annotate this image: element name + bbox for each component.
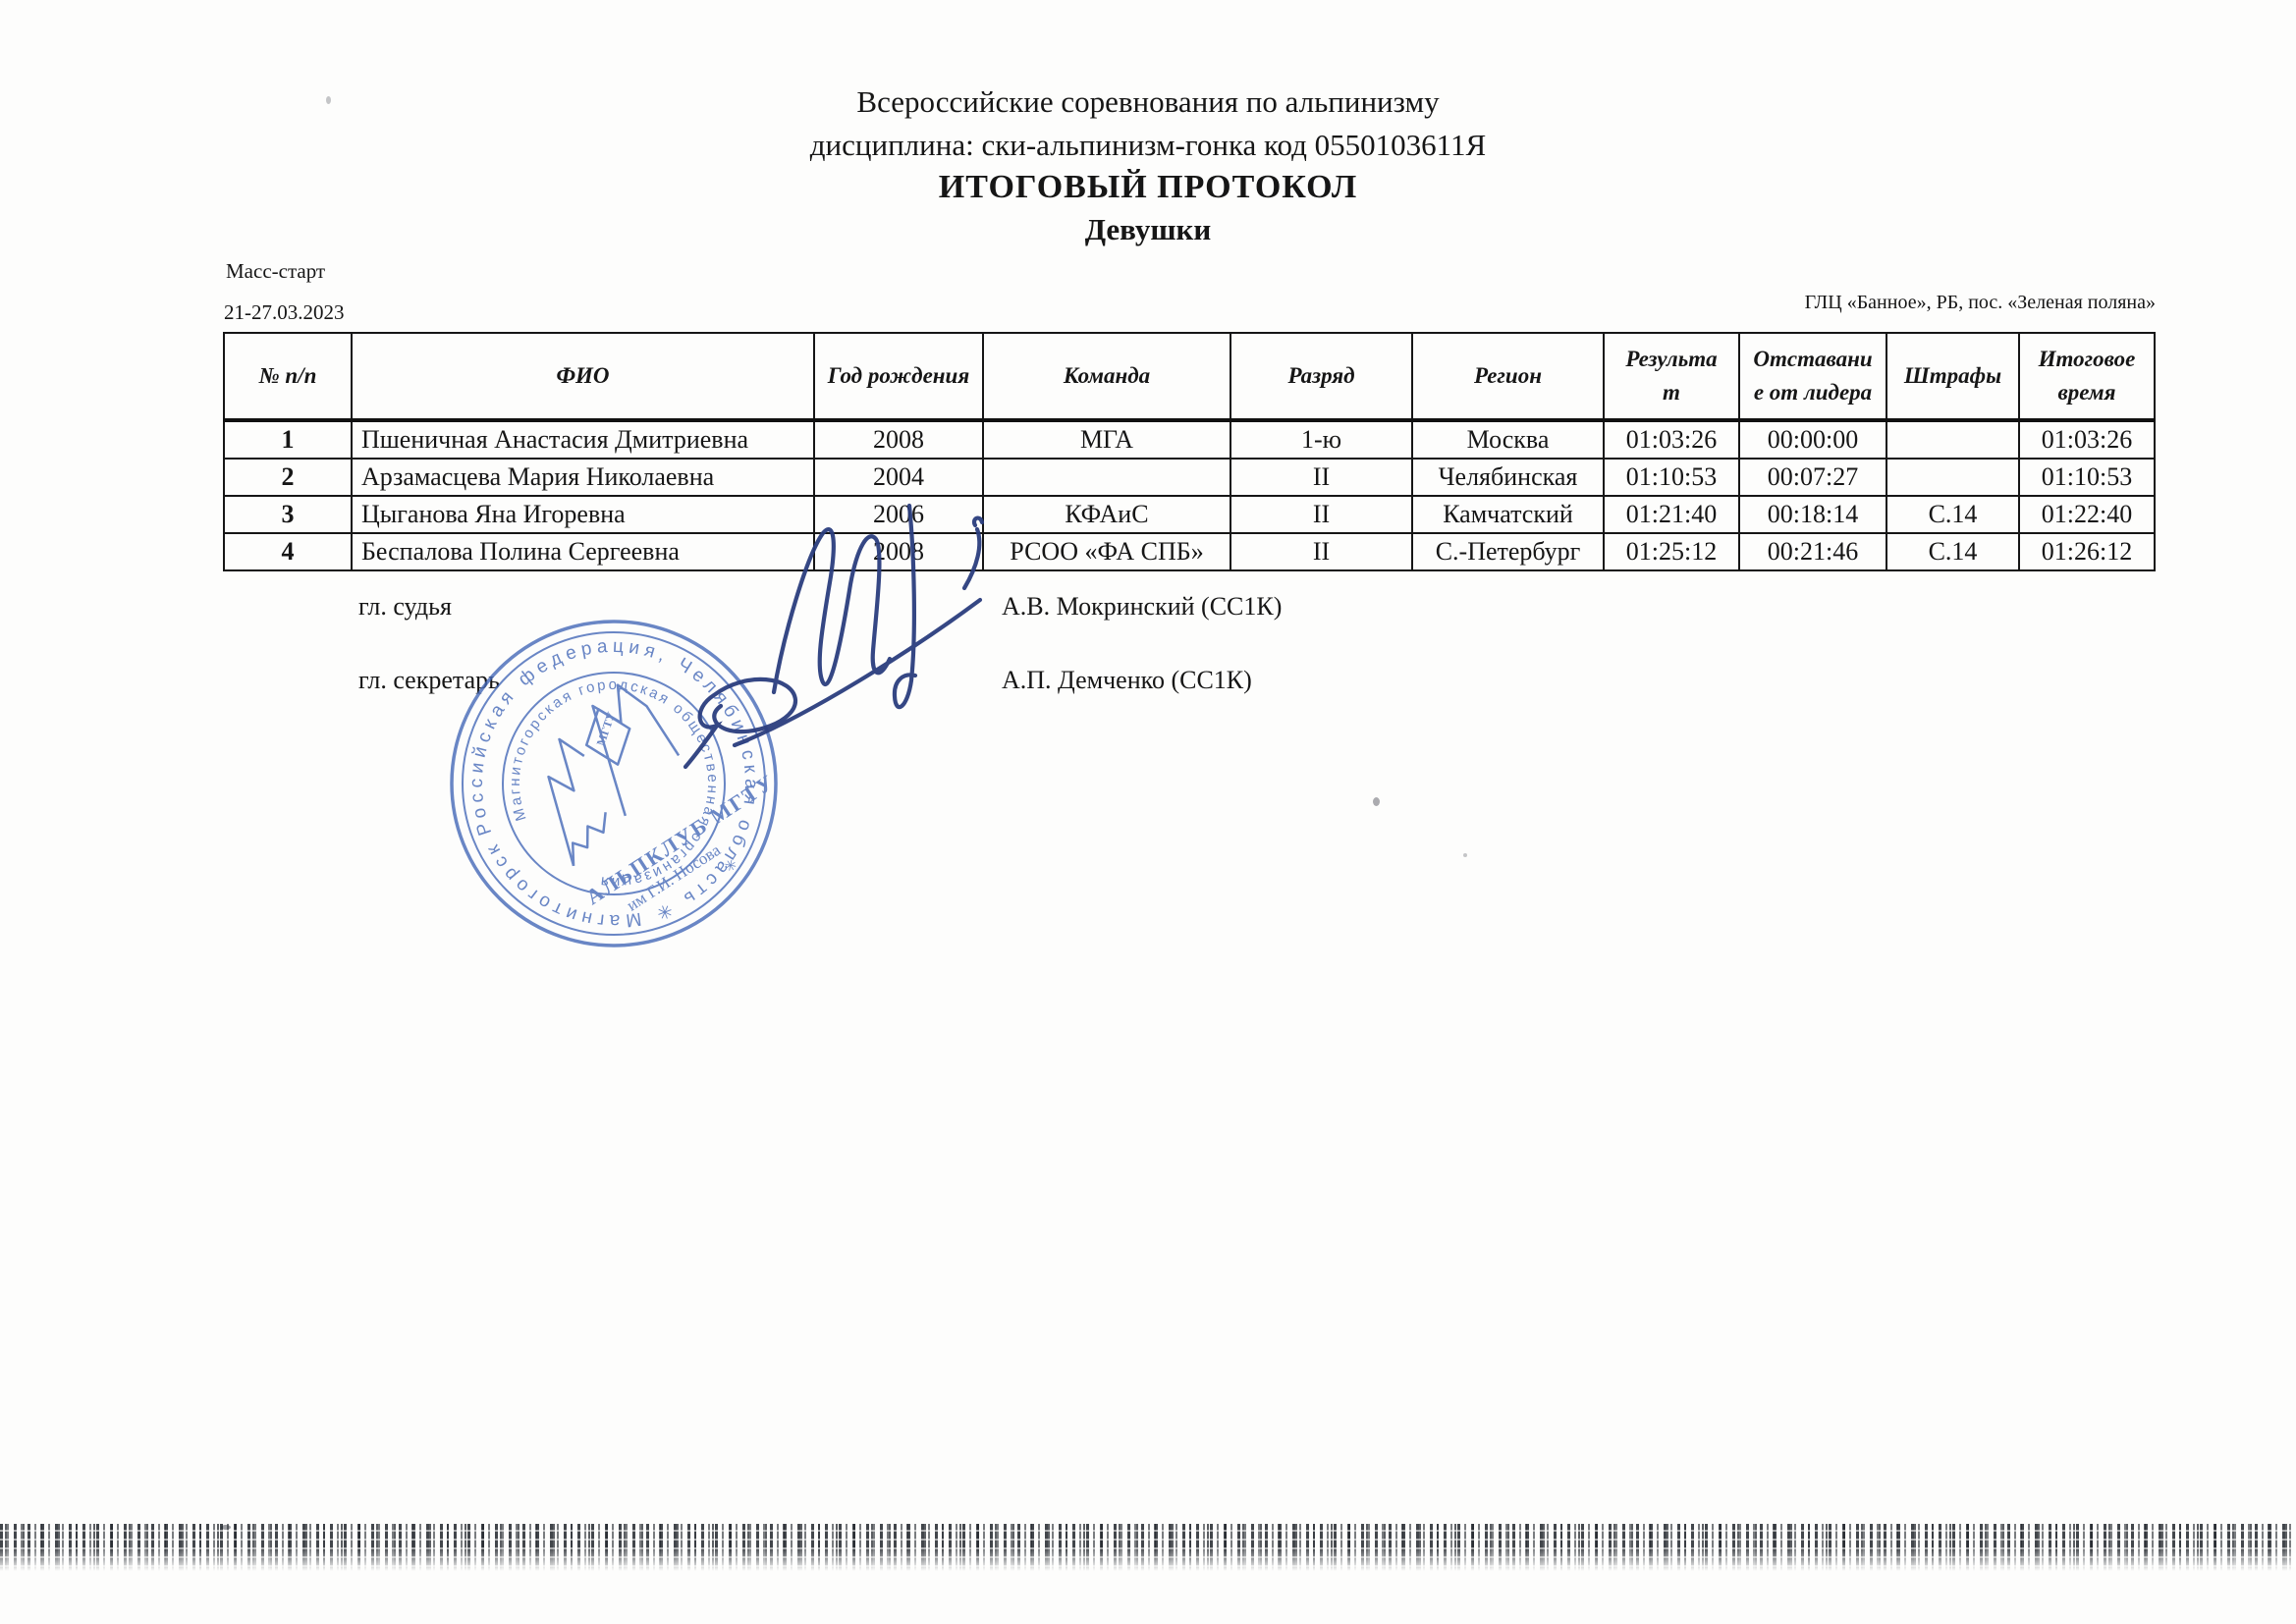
cell-result: 01:21:40 xyxy=(1604,496,1739,533)
race-format-label: Масс-старт xyxy=(226,259,325,284)
scan-speck xyxy=(1373,797,1380,806)
cell-region: Челябинская xyxy=(1412,459,1604,496)
scan-speck xyxy=(1463,853,1467,857)
cell-gap: 00:00:00 xyxy=(1739,420,1886,459)
chief-secretary-name: А.П. Демченко (СС1К) xyxy=(1002,666,1252,695)
scan-speck xyxy=(326,96,331,104)
competition-title: Всероссийские соревнования по альпинизму xyxy=(0,86,2296,117)
col-header-grade: Разряд xyxy=(1230,333,1412,420)
cell-region: С.-Петербург xyxy=(1412,533,1604,570)
cell-region: Камчатский xyxy=(1412,496,1604,533)
cell-rank: 4 xyxy=(224,533,352,570)
table-row: 2 Арзамасцева Мария Николаевна 2004 II Ч… xyxy=(224,459,2155,496)
cell-grade: II xyxy=(1230,533,1412,570)
cell-rank: 2 xyxy=(224,459,352,496)
cell-penalties: С.14 xyxy=(1886,533,2019,570)
cell-grade: II xyxy=(1230,459,1412,496)
col-header-birthyear: Год рождения xyxy=(814,333,983,420)
col-header-team: Команда xyxy=(983,333,1230,420)
cell-team: КФАиС xyxy=(983,496,1230,533)
col-header-fio: ФИО xyxy=(352,333,814,420)
discipline-line: дисциплина: ски-альпинизм-гонка код 0550… xyxy=(0,130,2296,160)
scanner-noise-band xyxy=(0,1524,2296,1571)
cell-result: 01:03:26 xyxy=(1604,420,1739,459)
cell-grade: 1-ю xyxy=(1230,420,1412,459)
col-header-finaltime: Итоговое время xyxy=(2019,333,2155,420)
category-title: Девушки xyxy=(0,214,2296,244)
event-venue: ГЛЦ «Банное», РБ, пос. «Зеленая поляна» xyxy=(1805,292,2156,314)
cell-region: Москва xyxy=(1412,420,1604,459)
stamp-club-name: АЛЬПКЛУБ МГТУ xyxy=(581,769,780,909)
col-header-region: Регион xyxy=(1412,333,1604,420)
table-row: 1 Пшеничная Анастасия Дмитриевна 2008 МГ… xyxy=(224,420,2155,459)
cell-finaltime: 01:26:12 xyxy=(2019,533,2155,570)
cell-penalties: С.14 xyxy=(1886,496,2019,533)
signature-icon xyxy=(678,486,1011,771)
cell-name: Пшеничная Анастасия Дмитриевна xyxy=(352,420,814,459)
cell-penalties xyxy=(1886,420,2019,459)
table-row: 4 Беспалова Полина Сергеевна 2008 РСОО «… xyxy=(224,533,2155,570)
cell-finaltime: 01:22:40 xyxy=(2019,496,2155,533)
col-header-number: № п/п xyxy=(224,333,352,420)
cell-result: 01:10:53 xyxy=(1604,459,1739,496)
cell-team xyxy=(983,459,1230,496)
table-row: 3 Цыганова Яна Игоревна 2006 КФАиС II Ка… xyxy=(224,496,2155,533)
cell-result: 01:25:12 xyxy=(1604,533,1739,570)
document-header: Всероссийские соревнования по альпинизму… xyxy=(0,86,2296,244)
cell-penalties xyxy=(1886,459,2019,496)
event-dates: 21-27.03.2023 xyxy=(224,300,345,325)
results-table: № п/п ФИО Год рождения Команда Разряд Ре… xyxy=(223,332,2156,571)
cell-birthyear: 2008 xyxy=(814,420,983,459)
protocol-title: ИТОГОВЫЙ ПРОТОКОЛ xyxy=(0,171,2296,204)
col-header-result: Результа т xyxy=(1604,333,1739,420)
cell-team: РСОО «ФА СПБ» xyxy=(983,533,1230,570)
cell-rank: 3 xyxy=(224,496,352,533)
table-header-row: № п/п ФИО Год рождения Команда Разряд Ре… xyxy=(224,333,2155,420)
cell-gap: 00:18:14 xyxy=(1739,496,1886,533)
cell-team: МГА xyxy=(983,420,1230,459)
chief-judge-name: А.В. Мокринский (СС1К) xyxy=(1002,592,1282,622)
cell-rank: 1 xyxy=(224,420,352,459)
cell-grade: II xyxy=(1230,496,1412,533)
cell-gap: 00:21:46 xyxy=(1739,533,1886,570)
col-header-gap: Отставани е от лидера xyxy=(1739,333,1886,420)
cell-gap: 00:07:27 xyxy=(1739,459,1886,496)
cell-finaltime: 01:03:26 xyxy=(2019,420,2155,459)
col-header-penalties: Штрафы xyxy=(1886,333,2019,420)
cell-finaltime: 01:10:53 xyxy=(2019,459,2155,496)
